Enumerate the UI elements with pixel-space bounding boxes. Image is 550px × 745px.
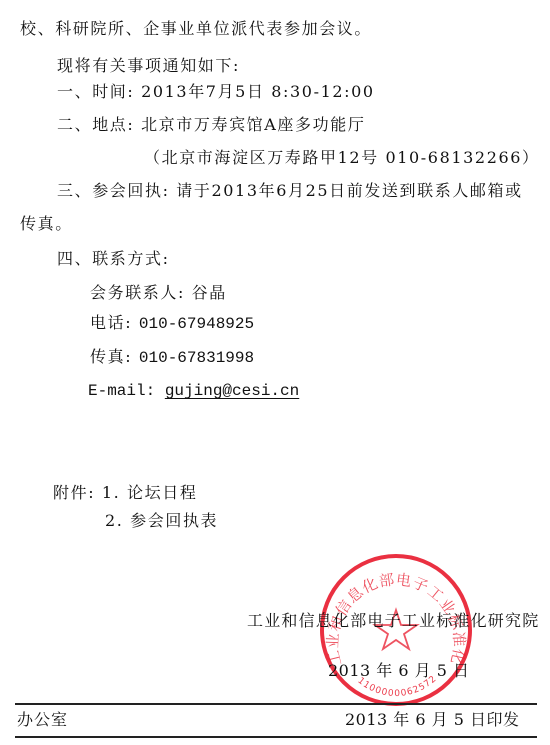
attachments-row-1: 附件: 1. 论坛日程	[53, 483, 197, 503]
contact-email-row: E-mail: gujing@cesi.cn	[88, 381, 299, 401]
paragraph-continuation: 校、科研院所、企事业单位派代表参加会议。	[20, 19, 372, 39]
footer-bottom-rule	[15, 736, 537, 738]
fax-label: 传真:	[90, 347, 139, 366]
item-rsvp-continuation: 传真。	[20, 214, 73, 234]
contact-person: 会务联系人: 谷晶	[90, 283, 227, 303]
phone-number: 010-67948925	[139, 315, 254, 333]
email-label: E-mail:	[88, 382, 165, 400]
item-rsvp: 三、参会回执: 请于2013年6月25日前发送到联系人邮箱或	[57, 181, 523, 201]
location-address: （北京市海淀区万寿路甲12号 010-68132266）	[144, 148, 540, 168]
footer-top-rule	[15, 703, 537, 705]
item-location: 二、地点: 北京市万寿宾馆A座多功能厅	[57, 115, 365, 135]
contact-fax-row: 传真: 010-67831998	[90, 347, 254, 368]
footer-office: 办公室	[17, 710, 68, 730]
attachment-item: 1. 论坛日程	[102, 483, 198, 502]
attachments-label: 附件:	[53, 483, 102, 502]
item-contact-heading: 四、联系方式:	[57, 249, 170, 269]
signature-date: 2013 年 6 月 5 日	[328, 661, 470, 681]
signature-organization: 工业和信息化部电子工业标准化研究院	[247, 611, 539, 631]
intro-line: 现将有关事项通知如下:	[57, 56, 240, 76]
attachment-item: 2. 参会回执表	[105, 511, 218, 531]
contact-phone-row: 电话: 010-67948925	[90, 313, 254, 334]
fax-number: 010-67831998	[139, 349, 254, 367]
item-time: 一、时间: 2013年7月5日 8:30-12:00	[57, 82, 375, 102]
svg-text:工业和信息化部电子工业标准化研究院: 工业和信息化部电子工业标准化研究院	[318, 552, 468, 668]
footer-issue-date: 2013 年 6 月 5 日印发	[345, 710, 520, 730]
phone-label: 电话:	[90, 313, 139, 332]
email-link[interactable]: gujing@cesi.cn	[165, 382, 299, 400]
